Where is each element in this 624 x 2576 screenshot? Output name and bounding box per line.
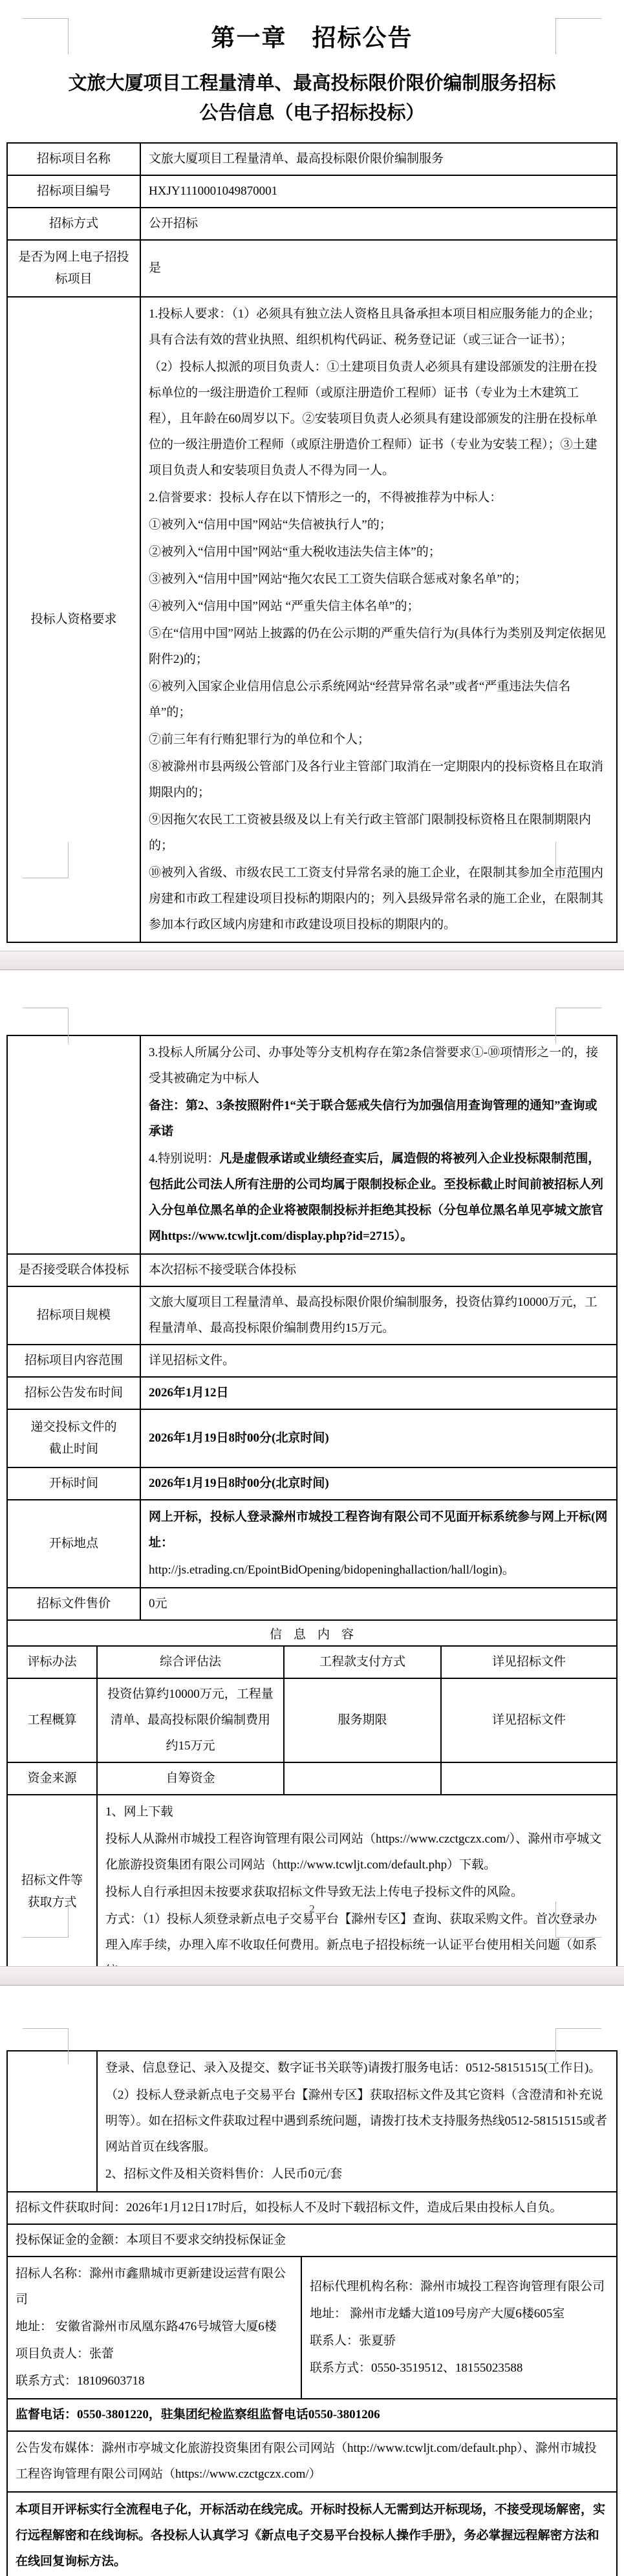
- row-value: 文旅大厦项目工程量清单、最高投标限价限价编制服务，投资估算约10000万元，工程…: [140, 1286, 617, 1345]
- margin-mark-icon: [555, 2028, 601, 2064]
- cell: [441, 1762, 617, 1795]
- paragraph: ②被列入“信用中国”网站“重大税收违法失信主体”的；: [149, 539, 608, 565]
- table-row: 监督电话：0550-3801220，驻集团纪检监察组监督电话0550-38012…: [7, 2399, 617, 2431]
- paragraph: ④被列入“信用中国”网站 “严重失信主体名单”的；: [149, 594, 608, 620]
- bid-opening-location: 网上开标，投标人登录滁州市城投工程咨询有限公司不见面开标系统参与网上开标(网址：…: [140, 1500, 617, 1588]
- paragraph: 投标人自行承担因未按要求获取招标文件导致无法上传电子投标文件的风险。: [105, 1879, 608, 1905]
- acquisition-method: 1、网上下载 投标人从滁州市城投工程咨询管理有限公司网站（https://www…: [97, 1795, 617, 1966]
- table-row: 登录、信息登记、录入及提交、数字证书关联等)请拨打服务电话：0512-58151…: [7, 2051, 617, 2192]
- cell: 综合评估法: [97, 1646, 284, 1678]
- row-label: 招标项目编号: [7, 175, 140, 208]
- table-row: 是否接受联合体投标 本次招标不接受联合体投标: [7, 1254, 617, 1286]
- paragraph: （2）投标人登录新点电子交易平台【滁州专区】获取招标文件及其它资料（含澄清和补充…: [105, 2083, 608, 2160]
- row-value: 2026年1月19日8时00分(北京时间): [140, 1409, 617, 1467]
- info-content-table: 信息内容 评标办法 综合评估法 工程款支付方式 详见招标文件 工程概算 投资估算…: [6, 1619, 618, 1795]
- margin-mark-icon: [23, 2028, 69, 2064]
- page-2: 3.投标人所属分公司、办事处等分支机构存在第2条信誉要求①-⑩项情形之一的，接受…: [0, 970, 624, 1966]
- row-label: 递交投标文件的截止时间: [7, 1409, 140, 1467]
- row-value: 详见招标文件。: [140, 1345, 617, 1377]
- paragraph: 2.信誉要求：投标人存在以下情形之一的，不得被推荐为中标人：: [149, 485, 608, 511]
- acquisition-method-continued: 登录、信息登记、录入及提交、数字证书关联等)请拨打服务电话：0512-58151…: [97, 2051, 617, 2192]
- announcement-info-table: 招标项目名称 文旅大厦项目工程量清单、最高投标限价限价编制服务 招标项目编号 H…: [6, 142, 618, 943]
- row-label: 招标文件售价: [7, 1588, 140, 1620]
- row-label: 招标项目名称: [7, 143, 140, 175]
- e-bidding-notice: 本项目开评标实行全流程电子化，开标活动在线完成。开标时投标人无需到达开标现场，不…: [7, 2492, 617, 2576]
- row-value: 0元: [140, 1588, 617, 1620]
- cell: [284, 1762, 441, 1795]
- contacts-table: 招标文件获取时间：2026年1月12日17时后，如投标人不及时下载招标文件，造成…: [6, 2191, 618, 2576]
- row-label: 招标项目内容范围: [7, 1345, 140, 1377]
- note-paragraph: 备注：第2、3条按照附件1“关于联合惩戒失信行为加强信用查询管理的通知”查询或承…: [149, 1093, 608, 1145]
- announcement-media: 公告发布媒体：滁州市亭城文化旅游投资集团有限公司网站（http://www.tc…: [7, 2431, 617, 2492]
- cell: 资金来源: [7, 1762, 97, 1795]
- bid-opening-url: http://js.etrading.cn/EpointBidOpening/b…: [149, 1557, 608, 1583]
- info-content-header: 信息内容: [7, 1620, 617, 1646]
- paragraph: ⑤在“信用中国”网站上披露的仍在公示期的严重失信行为(具体行为类别及判定依据见附…: [149, 621, 608, 673]
- tenderer-phone: 联系方式：18109603718: [16, 2368, 293, 2394]
- special-note-paragraph: 4.特别说明：凡是虚假承诺或业绩经查实后，属造假的将被列入企业投标限制范围，包括…: [149, 1146, 608, 1250]
- bid-deposit: 投标保证金的金额：本项目不要求交纳投标保证金: [7, 2224, 617, 2257]
- paragraph: （2）投标人拟派的项目负责人：①土建项目负责人必须具有建设部颁发的注册在投标单位…: [149, 354, 608, 484]
- row-label: 开标时间: [7, 1467, 140, 1500]
- row-label-empty: [7, 1035, 140, 1254]
- margin-mark-icon: [23, 842, 69, 878]
- table-row: 3.投标人所属分公司、办事处等分支机构存在第2条信誉要求①-⑩项情形之一的，接受…: [7, 1035, 617, 1254]
- margin-mark-icon: [23, 1008, 69, 1044]
- table-row: 招标方式 公开招标: [7, 208, 617, 240]
- agency-phone: 联系方式：0550-3519512、18155023588: [310, 2355, 608, 2381]
- cell: 评标办法: [7, 1646, 97, 1678]
- page-divider: [0, 1966, 624, 1986]
- page-number: 2: [0, 1903, 624, 1916]
- cell: 自筹资金: [97, 1762, 284, 1795]
- row-value: 文旅大厦项目工程量清单、最高投标限价限价编制服务: [140, 143, 617, 175]
- cell: 投资估算约10000万元，工程量清单、最高投标限价编制费用约15万元: [97, 1678, 284, 1762]
- row-value: 2026年1月12日: [140, 1377, 617, 1409]
- row-value: HXJY1110001049870001: [140, 175, 617, 208]
- paragraph: ⑥被列入国家企业信用信息公示系统网站“经营异常名录”或者“严重违法失信名单”的；: [149, 674, 608, 726]
- row-label: 开标地点: [7, 1500, 140, 1588]
- paragraph: 登录、信息登记、录入及提交、数字证书关联等)请拨打服务电话：0512-58151…: [105, 2055, 608, 2081]
- margin-mark-icon: [555, 1008, 601, 1044]
- margin-mark-icon: [555, 842, 601, 878]
- table-row: 招标文件等获取方式 1、网上下载 投标人从滁州市城投工程咨询管理有限公司网站（h…: [7, 1795, 617, 1966]
- file-acquire-time: 招标文件获取时间：2026年1月12日17时后，如投标人不及时下载招标文件，造成…: [7, 2192, 617, 2224]
- page-number: 1: [0, 889, 624, 902]
- paragraph: 1、网上下载: [105, 1799, 608, 1825]
- table-row: 递交投标文件的截止时间 2026年1月19日8时00分(北京时间): [7, 1409, 617, 1467]
- document-subtitle: 文旅大厦项目工程量清单、最高投标限价限价编制服务招标 公告信息（电子招标投标）: [0, 69, 624, 128]
- paragraph: 1.投标人要求：（1）必须具有独立法人资格且具备承担本项目相应服务能力的企业；具…: [149, 301, 608, 353]
- paragraph: 投标人从滁州市城投工程咨询管理有限公司网站（https://www.czctgc…: [105, 1826, 608, 1878]
- agency-name: 招标代理机构名称：滁州市城投工程咨询管理有限公司: [310, 2274, 608, 2300]
- qualification-requirements: 1.投标人要求：（1）必须具有独立法人资格且具备承担本项目相应服务能力的企业；具…: [140, 297, 617, 942]
- tenderer-info: 招标人名称：滁州市鑫鼎城市更新建设运营有限公司 地址： 安徽省滁州市凤凰东路47…: [7, 2257, 301, 2399]
- table-row: 是否为网上电子招投标项目 是: [7, 240, 617, 297]
- row-label: 是否接受联合体投标: [7, 1254, 140, 1286]
- row-label: 招标公告发布时间: [7, 1377, 140, 1409]
- cell: 工程款支付方式: [284, 1646, 441, 1678]
- paragraph: ①被列入“信用中国”网站“失信被执行人”的；: [149, 512, 608, 538]
- cell: 工程概算: [7, 1678, 97, 1762]
- tenderer-manager: 项目负责人：张蕾: [16, 2341, 293, 2367]
- qualification-requirements-continued: 3.投标人所属分公司、办事处等分支机构存在第2条信誉要求①-⑩项情形之一的，接受…: [140, 1035, 617, 1254]
- chapter-title: 第一章 招标公告: [0, 18, 624, 53]
- cell: 详见招标文件: [441, 1646, 617, 1678]
- row-value: 本次招标不接受联合体投标: [140, 1254, 617, 1286]
- supervision-phone: 监督电话：0550-3801220，驻集团纪检监察组监督电话0550-38012…: [7, 2399, 617, 2431]
- page-1: 第一章 招标公告 文旅大厦项目工程量清单、最高投标限价限价编制服务招标 公告信息…: [0, 0, 624, 951]
- row-value: 2026年1月19日8时00分(北京时间): [140, 1467, 617, 1500]
- table-row: 招标项目编号 HXJY1110001049870001: [7, 175, 617, 208]
- document-acquisition-table-continued: 登录、信息登记、录入及提交、数字证书关联等)请拨打服务电话：0512-58151…: [6, 2050, 618, 2192]
- margin-mark-icon: [555, 18, 601, 54]
- table-row: 招标项目规模 文旅大厦项目工程量清单、最高投标限价限价编制服务，投资估算约100…: [7, 1286, 617, 1345]
- paragraph: 3.投标人所属分公司、办事处等分支机构存在第2条信誉要求①-⑩项情形之一的，接受…: [149, 1040, 608, 1092]
- tenderer-name: 招标人名称：滁州市鑫鼎城市更新建设运营有限公司: [16, 2261, 293, 2313]
- row-label: 招标项目规模: [7, 1286, 140, 1345]
- subtitle-line-2: 公告信息（电子招标投标）: [0, 98, 624, 128]
- agency-contact: 联系人：张夏骄: [310, 2328, 608, 2354]
- page-divider: [0, 951, 624, 970]
- row-value: 公开招标: [140, 208, 617, 240]
- info-content-header-row: 信息内容: [7, 1620, 617, 1646]
- table-row: 招标项目名称 文旅大厦项目工程量清单、最高投标限价限价编制服务: [7, 143, 617, 175]
- margin-mark-icon: [23, 18, 69, 54]
- row-label-empty: [7, 2051, 97, 2192]
- table-row: 招标文件售价 0元: [7, 1588, 617, 1620]
- table-row: 开标地点 网上开标，投标人登录滁州市城投工程咨询有限公司不见面开标系统参与网上开…: [7, 1500, 617, 1588]
- cell: 详见招标文件: [441, 1678, 617, 1762]
- announcement-info-table-continued: 3.投标人所属分公司、办事处等分支机构存在第2条信誉要求①-⑩项情形之一的，接受…: [6, 1035, 618, 1621]
- table-row: 投标人资格要求 1.投标人要求：（1）必须具有独立法人资格且具备承担本项目相应服…: [7, 297, 617, 942]
- row-value: 是: [140, 240, 617, 297]
- table-row: 工程概算 投资估算约10000万元，工程量清单、最高投标限价编制费用约15万元 …: [7, 1678, 617, 1762]
- document-acquisition-table: 招标文件等获取方式 1、网上下载 投标人从滁州市城投工程咨询管理有限公司网站（h…: [6, 1794, 618, 1966]
- table-row: 招标公告发布时间 2026年1月12日: [7, 1377, 617, 1409]
- document-view: 第一章 招标公告 文旅大厦项目工程量清单、最高投标限价限价编制服务招标 公告信息…: [0, 0, 624, 2576]
- row-label: 招标方式: [7, 208, 140, 240]
- row-label: 招标文件等获取方式: [7, 1795, 97, 1966]
- table-row: 开标时间 2026年1月19日8时00分(北京时间): [7, 1467, 617, 1500]
- table-row: 资金来源 自筹资金: [7, 1762, 617, 1795]
- table-row: 招标项目内容范围 详见招标文件。: [7, 1345, 617, 1377]
- agency-info: 招标代理机构名称：滁州市城投工程咨询管理有限公司 地址： 滁州市龙蟠大道109号…: [301, 2257, 617, 2399]
- subtitle-line-1: 文旅大厦项目工程量清单、最高投标限价限价编制服务招标: [0, 69, 624, 98]
- paragraph: ⑦前三年有行贿犯罪行为的单位和个人；: [149, 727, 608, 753]
- table-row: 公告发布媒体：滁州市亭城文化旅游投资集团有限公司网站（http://www.tc…: [7, 2431, 617, 2492]
- page-3: 登录、信息登记、录入及提交、数字证书关联等)请拨打服务电话：0512-58151…: [0, 1986, 624, 2576]
- paragraph: 2、招标文件及相关资料售价：人民币0元/套: [105, 2161, 608, 2187]
- agency-address: 地址： 滁州市龙蟠大道109号房产大厦6楼605室: [310, 2301, 608, 2327]
- row-label: 是否为网上电子招投标项目: [7, 240, 140, 297]
- paragraph: ③被列入“信用中国”网站“拖欠农民工工资失信联合惩戒对象名单”的；: [149, 567, 608, 592]
- table-row: 招标人名称：滁州市鑫鼎城市更新建设运营有限公司 地址： 安徽省滁州市凤凰东路47…: [7, 2257, 617, 2399]
- paragraph: ⑨因拖欠农民工工资被县级及以上有关行政主管部门限制投标资格且在限制期限内的；: [149, 807, 608, 859]
- table-row: 投标保证金的金额：本项目不要求交纳投标保证金: [7, 2224, 617, 2257]
- table-row: 评标办法 综合评估法 工程款支付方式 详见招标文件: [7, 1646, 617, 1678]
- paragraph: 网上开标，投标人登录滁州市城投工程咨询有限公司不见面开标系统参与网上开标(网址：: [149, 1504, 608, 1556]
- paragraph: ⑧被滁州市县两级公管部门及各行业主管部门取消在一定期限内的投标资格且在取消期限内…: [149, 754, 608, 806]
- table-row: 招标文件获取时间：2026年1月12日17时后，如投标人不及时下载招标文件，造成…: [7, 2192, 617, 2224]
- tenderer-address: 地址： 安徽省滁州市凤凰东路476号城管大厦6楼: [16, 2314, 293, 2340]
- table-row: 本项目开评标实行全流程电子化，开标活动在线完成。开标时投标人无需到达开标现场，不…: [7, 2492, 617, 2576]
- cell: 服务期限: [284, 1678, 441, 1762]
